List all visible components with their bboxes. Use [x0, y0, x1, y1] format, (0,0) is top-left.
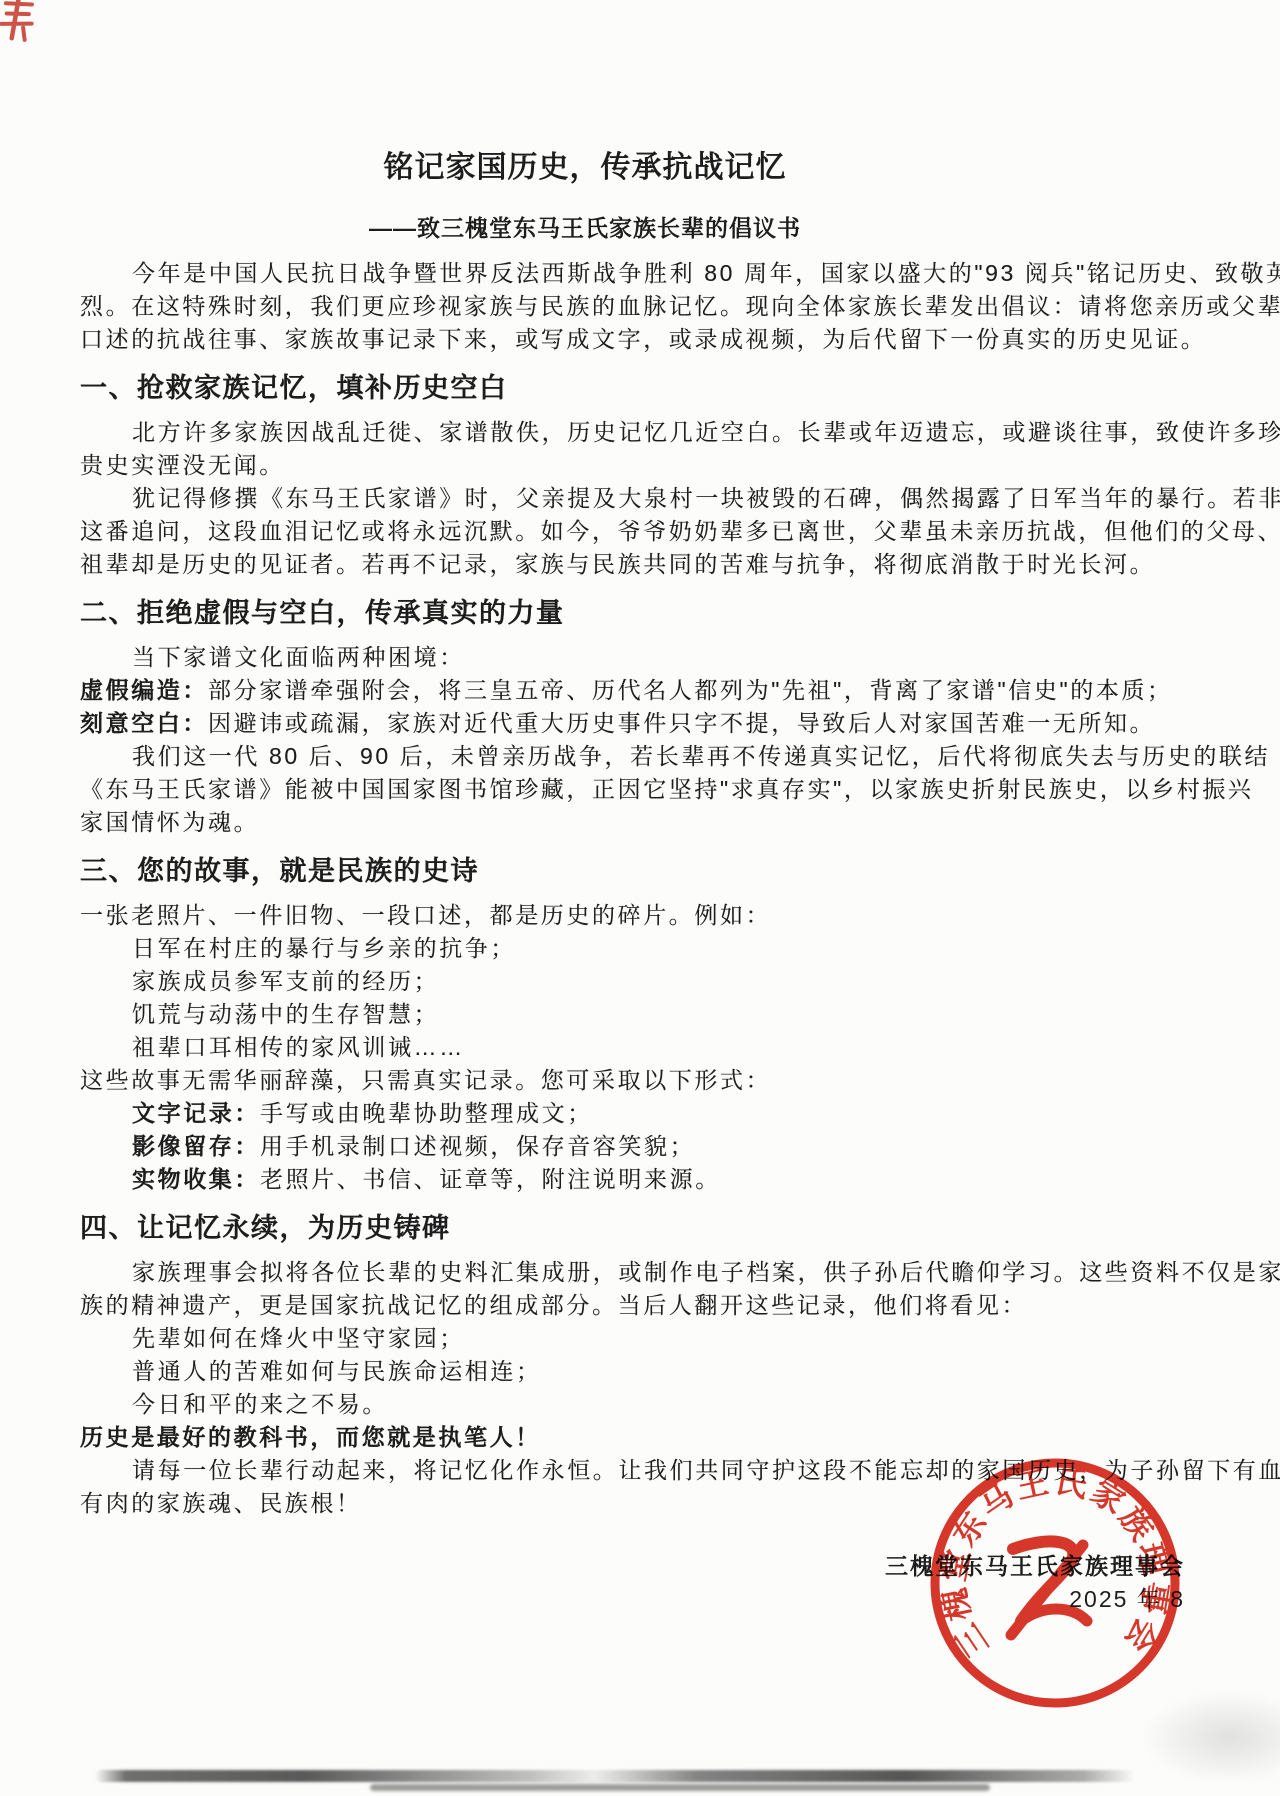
list-item: 先辈如何在烽火中坚守家园； [80, 1322, 1280, 1355]
section-3-heading: 三、您的故事，就是民族的史诗 [80, 851, 1280, 891]
page-title: 铭记家国历史，传承抗战记忆 [80, 0, 1090, 186]
scan-smudge [1140, 1690, 1280, 1785]
section-1-heading: 一、抢救家族记忆，填补历史空白 [80, 368, 1280, 408]
item-text: 老照片、书信、证章等，附注说明来源。 [260, 1166, 721, 1192]
list-item: 家族成员参军支前的经历； [80, 965, 1280, 998]
list-item: 实物收集：老照片、书信、证章等，附注说明来源。 [80, 1163, 1280, 1196]
paragraph-line: 家国情怀为魂。 [80, 806, 1280, 839]
item-text: 用手机录制口述视频，保存音容笑貌； [260, 1133, 695, 1159]
document-body: 铭记家国历史，传承抗战记忆 ——致三槐堂东马王氏家族长辈的倡议书 今年是中国人民… [80, 0, 1280, 1616]
red-seal-stamp: 三槐堂东马王氏家族理事会 [925, 1453, 1185, 1713]
item-text: 因避讳或疏漏，家族对近代重大历史事件只字不提，导致后人对家国苦难一无所知。 [208, 710, 1155, 736]
paragraph-line: 犹记得修撰《东马王氏家谱》时，父亲提及大泉村一块被毁的石碑，偶然揭露了日军当年的… [80, 482, 1280, 515]
intro-line: 今年是中国人民抗日战争暨世界反法西斯战争胜利 80 周年，国家以盛大的"93 阅… [80, 257, 1280, 290]
item-label: 文字记录： [132, 1100, 260, 1126]
scanned-document-page: { "page": { "title": "铭记家国历史，传承抗战记忆", "s… [0, 0, 1280, 1796]
item-text: 手写或由晚辈协助整理成文； [260, 1100, 593, 1126]
item-text: 部分家谱牵强附会，将三皇五帝、历代名人都列为"先祖"，背离了家谱"信史"的本质； [208, 677, 1173, 703]
seal-center-emblem [1011, 1541, 1087, 1635]
list-item: 文字记录：手写或由晚辈协助整理成文； [80, 1097, 1280, 1130]
section-2-heading: 二、拒绝虚假与空白，传承真实的力量 [80, 593, 1280, 633]
scan-shadow-band [95, 1770, 1135, 1782]
paragraph-line: 北方许多家族因战乱迁徙、家谱散佚，历史记忆几近空白。长辈或年迈遗忘，或避谈往事，… [80, 416, 1280, 449]
list-item: 普通人的苦难如何与民族命运相连； [80, 1355, 1280, 1388]
paragraph-line: 族的精神遗产，更是国家抗战记忆的组成部分。当后人翻开这些记录，他们将看见： [80, 1289, 1280, 1322]
scan-shadow-band [370, 1784, 990, 1791]
item-label: 实物收集： [132, 1166, 260, 1192]
intro-line: 烈。在这特殊时刻，我们更应珍视家族与民族的血脉记忆。现向全体家族长辈发出倡议：请… [80, 290, 1280, 323]
paragraph-line: 家族理事会拟将各位长辈的史料汇集成册，或制作电子档案，供子孙后代瞻仰学习。这些资… [80, 1256, 1280, 1289]
paragraph-line: 这些故事无需华丽辞藻，只需真实记录。您可采取以下形式： [80, 1064, 1280, 1097]
page-subtitle: ——致三槐堂东马王氏家族长辈的倡议书 [80, 210, 1090, 243]
list-item: 今日和平的来之不易。 [80, 1388, 1280, 1421]
list-item: 日军在村庄的暴行与乡亲的抗争； [80, 932, 1280, 965]
item-label: 虚假编造： [80, 677, 208, 703]
corner-red-stamp-fragment [0, 0, 45, 48]
slogan-line: 历史是最好的教科书，而您就是执笔人！ [80, 1421, 1280, 1454]
intro-line: 口述的抗战往事、家族故事记录下来，或写成文字，或录成视频，为后代留下一份真实的历… [80, 323, 1280, 356]
list-item: 刻意空白：因避讳或疏漏，家族对近代重大历史事件只字不提，导致后人对家国苦难一无所… [80, 707, 1280, 740]
paragraph-line: 一张老照片、一件旧物、一段口述，都是历史的碎片。例如： [80, 899, 1280, 932]
item-label: 影像留存： [132, 1133, 260, 1159]
item-label: 刻意空白： [80, 710, 208, 736]
paragraph-line: 贵史实湮没无闻。 [80, 449, 1280, 482]
section-4-heading: 四、让记忆永续，为历史铸碑 [80, 1208, 1280, 1248]
list-item: 饥荒与动荡中的生存智慧； [80, 998, 1280, 1031]
list-item: 影像留存：用手机录制口述视频，保存音容笑貌； [80, 1130, 1280, 1163]
paragraph-line: 这番追问，这段血泪记忆或将永远沉默。如今，爷爷奶奶辈多已离世，父辈虽未亲历抗战，… [80, 515, 1280, 548]
paragraph-line: 祖辈却是历史的见证者。若再不记录，家族与民族共同的苦难与抗争，将彻底消散于时光长… [80, 548, 1280, 581]
paragraph-line: 当下家谱文化面临两种困境： [80, 641, 1280, 674]
paragraph-line: 《东马王氏家谱》能被中国国家图书馆珍藏，正因它坚持"求真存实"，以家族史折射民族… [80, 773, 1280, 806]
list-item: 祖辈口耳相传的家风训诫…… [80, 1031, 1280, 1064]
paragraph-line: 我们这一代 80 后、90 后，未曾亲历战争，若长辈再不传递真实记忆，后代将彻底… [80, 740, 1280, 773]
list-item: 虚假编造：部分家谱牵强附会，将三皇五帝、历代名人都列为"先祖"，背离了家谱"信史… [80, 674, 1280, 707]
